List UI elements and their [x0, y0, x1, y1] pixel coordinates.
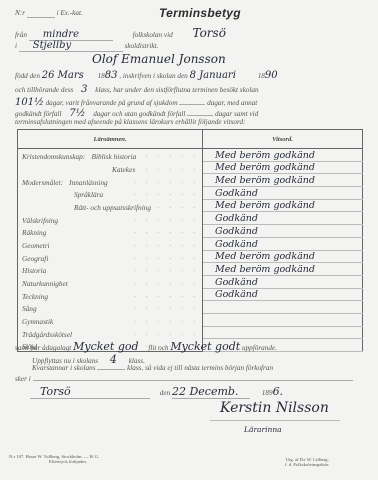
subject-group: Kristendomskunskap: — [22, 152, 85, 161]
subject-cell: Räkning . . . . . . — [18, 225, 203, 238]
birth-year-suffix: 83 — [105, 70, 118, 81]
leader-dots: . . . . . . — [134, 330, 199, 337]
signing-year-prefix: 189 — [262, 389, 273, 397]
nr-label: N:r i Ex.-kat. — [15, 9, 83, 18]
signature-line — [210, 420, 340, 421]
enroll-date: 8 Januari — [190, 70, 236, 81]
class-line: och tillhörande dess 3 klass, har under … — [15, 84, 259, 95]
kvarstannar-line: Kvarstannar i skolans klass, så vida ej … — [32, 364, 273, 372]
document-title: Terminsbetyg — [159, 6, 241, 20]
table-row: Gymnastik . . . . . . — [18, 313, 363, 326]
leader-dots: . . . . . . — [134, 203, 199, 210]
leader-dots: . . . . . . — [134, 190, 199, 197]
school-line: från mindre folkskolan vid Torsö — [15, 26, 226, 41]
fran-label: från — [15, 31, 27, 39]
med-annat-text: dagar, med annat — [207, 99, 257, 107]
subject-cell: Gymnastik . . . . . . — [18, 313, 203, 326]
inskrifven-label: , inskrifven i skolan den — [119, 72, 187, 80]
subject-group: Geometri — [22, 241, 50, 250]
leader-dots: . . . . . . — [134, 304, 199, 311]
days-attended: 101½ — [15, 97, 44, 108]
table-header: Läroämnen. Vitsord. — [18, 130, 363, 149]
signing-year-suffix: 6. — [273, 385, 284, 398]
subject-cell: Kristendomskunskap: Biblisk historia . .… — [18, 149, 203, 162]
grade-cell — [203, 313, 363, 326]
terminsafslutning-line: terminsafslutningen med afseende på klas… — [15, 118, 246, 126]
table-row: Geografi . . . . . . Med beröm godkänd — [18, 250, 363, 263]
footer-right: Utg. af D:r W. Lidberg, f. d. Folkskolei… — [285, 457, 330, 467]
grade-cell: Godkänd — [203, 225, 363, 238]
grade-cell: Med beröm godkänd — [203, 199, 363, 212]
subject-group: Teckning — [22, 292, 48, 301]
sker-value — [33, 380, 353, 381]
grade-cell: Med beröm godkänd — [203, 149, 363, 162]
nr-blank — [27, 9, 55, 18]
franvarande-text: dagar, varit frånvarande på grund af sju… — [46, 99, 178, 107]
table-row: Rätt- och uppsatsskrifning . . . . . . M… — [18, 199, 363, 212]
samt-label: samt har ådagalagt — [15, 344, 71, 352]
student-name: Olof Emanuel Jonsson — [92, 52, 226, 66]
table-row: Katekes . . . . . . Med beröm godkänd — [18, 161, 363, 174]
subject-group: Naturkunnighet — [22, 279, 68, 288]
grade-cell — [203, 326, 363, 339]
subject-cell: Trädgårdsskötsel . . . . . . — [18, 326, 203, 339]
subject-name: Katekes — [112, 165, 135, 174]
utan-text: dagar och utan godkändt förfall — [93, 110, 185, 118]
reprint-notice: Eftertryck förbjudes. — [49, 459, 100, 464]
attendance-line: 101½ dagar, varit frånvarande på grund a… — [15, 97, 257, 108]
klass-text: klass, har under den sistförflutna termi… — [95, 86, 258, 94]
signing-place: Torsö — [30, 385, 150, 399]
den-label: den — [160, 389, 170, 397]
kvarstannar-text: klass, så vida ej till nästa termins bör… — [127, 364, 273, 372]
diligence-line: samt har ådagalagt Mycket god flit och M… — [15, 340, 277, 353]
godkandt-label: godkändt förfall — [15, 110, 62, 118]
subject-column-header: Läroämnen. — [18, 130, 203, 149]
place-date-line: Torsö den 22 Decemb. 1896. — [30, 385, 283, 399]
grade-cell — [203, 301, 363, 314]
subject-cell: Rätt- och uppsatsskrifning . . . . . . — [18, 199, 203, 212]
enroll-year-suffix: 90 — [265, 70, 278, 81]
flit-label: flit och — [148, 344, 168, 352]
subject-cell: Naturkunnighet . . . . . . — [18, 275, 203, 288]
table-row: Kristendomskunskap: Biblisk historia . .… — [18, 149, 363, 162]
sker-line: sker i — [15, 375, 353, 383]
grade-cell: Godkänd — [203, 187, 363, 200]
table-row: Teckning . . . . . . Godkänd — [18, 288, 363, 301]
birth-year-prefix: 18 — [98, 72, 105, 80]
class-number: 3 — [81, 84, 87, 95]
leader-dots: . . . . . . — [134, 266, 199, 273]
table-row: Geometri . . . . . . Godkänd — [18, 237, 363, 250]
publisher-title: f. d. Folkskoleinspektör. — [285, 462, 330, 467]
grade-cell: Med beröm godkänd — [203, 263, 363, 276]
kvarstannar-label: Kvarstannar i skolans — [32, 364, 96, 372]
subject-cell: Teckning . . . . . . — [18, 288, 203, 301]
leader-dots: . . . . . . — [134, 292, 199, 299]
tillhorande-label: och tillhörande dess — [15, 86, 73, 94]
subject-cell: Sång . . . . . . — [18, 301, 203, 314]
table-row: Sång . . . . . . — [18, 301, 363, 314]
subject-group: Historia — [22, 266, 46, 275]
subject-cell: Välskrifning . . . . . . — [18, 212, 203, 225]
conduct-value: Mycket godt — [170, 340, 240, 353]
table-row: Historia . . . . . . Med beröm godkänd — [18, 263, 363, 276]
subject-group: Geografi — [22, 254, 48, 263]
subject-cell: Modersmålet: Innanläsning . . . . . . — [18, 174, 203, 187]
enroll-year-prefix: 18 — [258, 72, 265, 80]
grade-cell: Med beröm godkänd — [203, 174, 363, 187]
grade-cell: Med beröm godkänd — [203, 161, 363, 174]
table-row: Modersmålet: Innanläsning . . . . . . Me… — [18, 174, 363, 187]
table-row: Välskrifning . . . . . . Godkänd — [18, 212, 363, 225]
folkskolan-label: folkskolan vid — [133, 31, 173, 39]
table-row: Naturkunnighet . . . . . . Godkänd — [18, 275, 363, 288]
district-line: i Stjellby skoldistrikt. — [15, 40, 158, 52]
sker-label: sker i — [15, 375, 31, 383]
signing-date: 22 Decemb. — [172, 385, 250, 399]
leader-dots: . . . . . . — [134, 241, 199, 248]
school-place: Torsö — [193, 26, 226, 40]
subject-cell: Språklära . . . . . . — [18, 187, 203, 200]
unexcused-days — [187, 115, 213, 116]
leader-dots: . . . . . . — [134, 228, 199, 235]
signature: Kerstin Nilsson — [220, 400, 329, 416]
leader-dots: . . . . . . — [134, 165, 199, 172]
leader-dots: . . . . . . — [134, 254, 199, 261]
i-label: i — [15, 42, 17, 50]
grade-cell: Godkänd — [203, 237, 363, 250]
subject-group: Trädgårdsskötsel — [22, 330, 72, 339]
grade-column-header: Vitsord. — [203, 130, 363, 149]
grades-table: Läroämnen. Vitsord. Kristendomskunskap: … — [17, 129, 363, 352]
leader-dots: . . . . . . — [134, 279, 199, 286]
leader-dots: . . . . . . — [134, 317, 199, 324]
fodd-den-label: född den — [15, 72, 40, 80]
subject-cell: Katekes . . . . . . — [18, 161, 203, 174]
subject-group: Välskrifning — [22, 216, 58, 225]
district-name: Stjellby — [19, 40, 123, 52]
leader-dots: . . . . . . — [134, 216, 199, 223]
subject-cell: Geografi . . . . . . — [18, 250, 203, 263]
skoldistrikt-label: skoldistrikt. — [125, 42, 159, 50]
subject-name: Biblisk historia — [91, 152, 136, 161]
signer-role: Lärarinna — [244, 425, 282, 434]
ex-kat-text: i Ex.-kat. — [57, 9, 83, 17]
footer-left: N:r 167. Hasse W. Tullberg, Stockholm. —… — [9, 454, 100, 464]
nr-text: N:r — [15, 9, 25, 17]
sick-days — [179, 104, 205, 105]
subject-name: Språklära — [74, 190, 103, 199]
leader-dots: . . . . . . — [134, 152, 199, 159]
birth-line: född den 26 Mars 1883 , inskrifven i sko… — [15, 70, 278, 81]
grade-cell: Godkänd — [203, 275, 363, 288]
subject-cell: Geometri . . . . . . — [18, 237, 203, 250]
grade-cell: Med beröm godkänd — [203, 250, 363, 263]
subject-group: Räkning — [22, 228, 46, 237]
table-row: Språklära . . . . . . Godkänd — [18, 187, 363, 200]
subject-group: Modersmålet: — [22, 178, 63, 187]
samt-vid-text: dagar samt vid — [215, 110, 258, 118]
diligence-value: Mycket god — [73, 340, 138, 353]
table-row: Trädgårdsskötsel . . . . . . — [18, 326, 363, 339]
kvarstannar-class — [97, 369, 125, 370]
leader-dots: . . . . . . — [134, 178, 199, 185]
birth-date: 26 Mars — [42, 70, 84, 81]
subject-group: Sång — [22, 304, 37, 313]
grade-cell: Godkänd — [203, 288, 363, 301]
uppforande-label: uppförande. — [242, 344, 277, 352]
grade-cell: Godkänd — [203, 212, 363, 225]
table-row: Räkning . . . . . . Godkänd — [18, 225, 363, 238]
subject-cell: Historia . . . . . . — [18, 263, 203, 276]
subject-name: Innanläsning — [69, 178, 108, 187]
subject-group: Gymnastik — [22, 317, 53, 326]
